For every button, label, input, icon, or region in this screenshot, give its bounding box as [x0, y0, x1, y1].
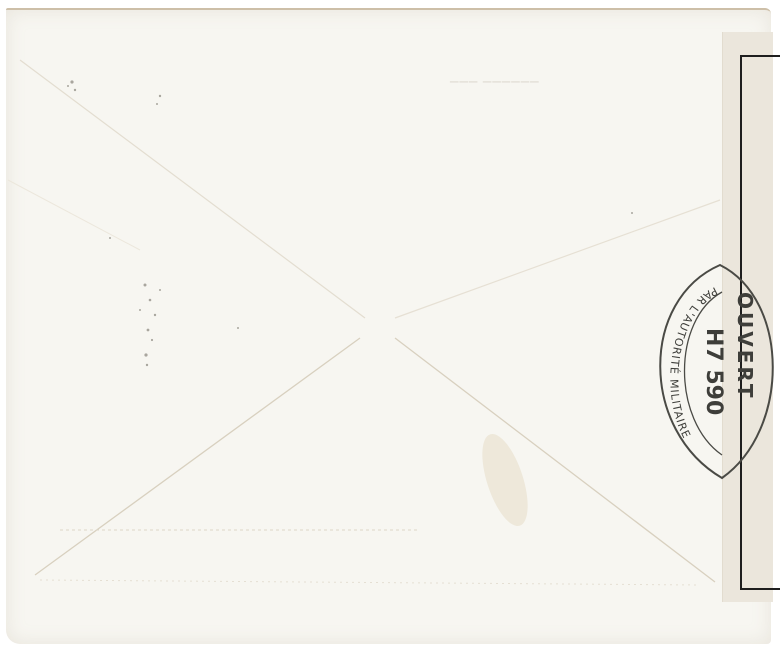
- stamp-outer-text: OUVERT: [733, 292, 757, 401]
- envelope-photo: ▁▁▁ ▁▁▁▁▁▁: [0, 0, 781, 650]
- censor-handstamp: PAR L'AUTORITÉ MILITAIRE H7 590 OUVERT: [0, 0, 781, 650]
- stamp-center-code: H7 590: [701, 328, 726, 415]
